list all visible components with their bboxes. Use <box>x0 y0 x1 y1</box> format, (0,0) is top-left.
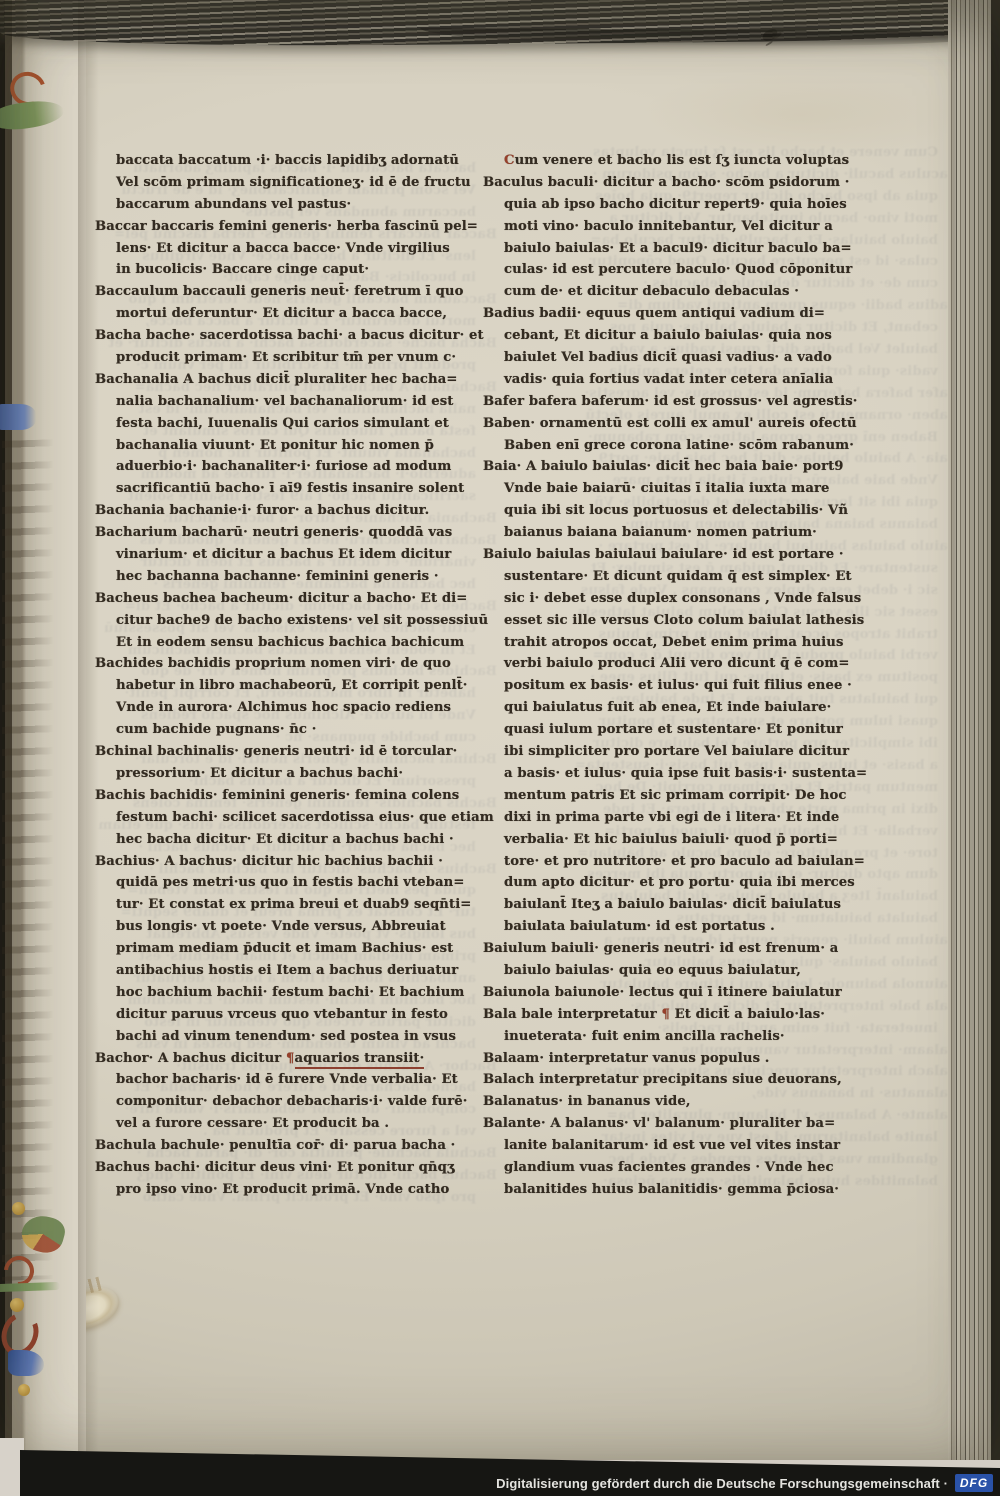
marginal-decoration-blue-swirl <box>8 1350 44 1376</box>
text-line: citur bache9 de bacho existens· vel sit … <box>95 610 491 632</box>
text-line: vadis· quia fortius vadat inter cetera a… <box>483 369 953 391</box>
text-line: Bachula bachule· penultīa cor̄· di· paru… <box>95 1135 491 1157</box>
text-line: producit primam· Et scribitur tm̄ per vn… <box>95 347 491 369</box>
text-line: Baiulo baiulas baiulaui baiulare· id est… <box>483 544 953 566</box>
text-line: baccarum abundans vel pastus· <box>95 194 491 216</box>
text-line: tore· et pro nutritore· et pro baculo ad… <box>483 851 953 873</box>
text-line: quia ibi sit locus portuosus et delectab… <box>483 500 953 522</box>
text-line: pro ipso vino· Et producit primā. Vnde c… <box>95 1179 491 1201</box>
text-line: verbi baiulo produci Alii vero dicunt q̄… <box>483 653 953 675</box>
text-line: sustentare· Et dicunt quidam q̄ est simp… <box>483 566 953 588</box>
text-line: Vnde baie baiarū· ciuitas ī italia iuxta… <box>483 478 953 500</box>
right-scan-border <box>991 0 1000 1460</box>
text-line: festum bachi· scilicet sacerdotissa eius… <box>95 807 491 829</box>
text-line: bachanalia viuunt· Et ponitur hic nomen … <box>95 435 491 457</box>
text-line: quidā pes metri·us quo in festis bachi v… <box>95 872 491 894</box>
marginal-decoration-blue-initial <box>0 404 36 430</box>
text-line: baiulant̄ Iteʒ a baiulo baiulas· dicit̄ … <box>483 894 953 916</box>
text-line: qui baiulatus fuit ab enea, Et inde baiu… <box>483 697 953 719</box>
text-line: Vnde in aurora· Alchimus hoc spacio redi… <box>95 697 491 719</box>
text-line: Bachus bachi· dicitur deus vini· Et poni… <box>95 1157 491 1179</box>
text-line: primam mediam p̄ducit et imam Bachius· e… <box>95 938 491 960</box>
text-line: Bafer bafera baferum· id est grossus· ve… <box>483 391 953 413</box>
text-line: baiulo baiulas· quia eo equus baiulatur, <box>483 960 953 982</box>
text-line: hec bachanna bachanne· feminini generis … <box>95 566 491 588</box>
text-column-right: Cum venere et bacho lis est ſʒ iuncta vo… <box>483 150 953 1201</box>
text-line: Balaam· interpretatur vanus populus . <box>483 1048 953 1070</box>
text-column-left: baccata baccatum ·i· baccis lapidibʒ ado… <box>95 150 491 1201</box>
text-line: mentum patris Et sic primam corripit· De… <box>483 785 953 807</box>
text-line: Baccar baccaris femini generis· herba fa… <box>95 216 491 238</box>
text-line: Bachania bachanie·i· furor· a bachus dic… <box>95 500 491 522</box>
text-line: baiulata baiulatum· id est portatus . <box>483 916 953 938</box>
text-line: trahit atropos occat, Debet enim prima h… <box>483 632 953 654</box>
text-line: Baben enī grece corona latine· scōm raba… <box>483 435 953 457</box>
text-line: Bachius· A bachus· dicitur hic bachius b… <box>95 851 491 873</box>
gutter-crease-shadow <box>78 0 104 1460</box>
digitized-manuscript-screenshot: { "document": { "kind": "incunabulum sca… <box>0 0 1000 1496</box>
digitization-credit: Digitalisierung gefördert durch die Deut… <box>496 1474 993 1492</box>
marginal-decoration-gold-dot-3 <box>18 1384 30 1396</box>
text-line: quasi iulum portare et sustentare· Et po… <box>483 719 953 741</box>
text-line: Baia· A baiulo baiulas· dicit̄ hec baia … <box>483 456 953 478</box>
text-line: baiulo baiulas· Et a bacul9· dicitur bac… <box>483 238 953 260</box>
text-line: Bachides bachidis proprium nomen viri· d… <box>95 653 491 675</box>
text-line: Balanatus· in bananus vide, <box>483 1091 953 1113</box>
text-line: bachi ad vinum tenendum· sed postea in v… <box>95 1026 491 1048</box>
text-line: baianus baiana baianum· nomen patrium· <box>483 522 953 544</box>
text-line: dum apto dicitur· et pro portu· quia ibi… <box>483 872 953 894</box>
text-line: Balach interpretatur precipitans siue de… <box>483 1069 953 1091</box>
text-line: cebant, Et dicitur a baiulo baiulas· qui… <box>483 325 953 347</box>
text-line: in bucolicis· Baccare cinge caput· <box>95 259 491 281</box>
text-line: hoc bachium bachii· festum bachi· Et bac… <box>95 982 491 1004</box>
text-line: cum de· et dicitur debaculo debaculas · <box>483 281 953 303</box>
text-line: esset sic ille versus Cloto colum baiula… <box>483 610 953 632</box>
top-page-edge-shadow <box>420 28 1000 48</box>
parchment-stain <box>640 70 960 160</box>
text-line: habetur in libro machabeorū, Et corripit… <box>95 675 491 697</box>
text-line: componitur· debachor debacharis·i· valde… <box>95 1091 491 1113</box>
text-line: sacrificantiū bacho· ī aī9 festis insani… <box>95 478 491 500</box>
text-line: glandium vuas facientes grandes · Vnde h… <box>483 1157 953 1179</box>
text-line: hec bacha dicitur· Et dicitur a bachus b… <box>95 829 491 851</box>
text-line: inueterata· fuit enim ancilla rachelis· <box>483 1026 953 1048</box>
text-line: Baccaulum baccauli generis neut̄· feretr… <box>95 281 491 303</box>
text-line: lens· Et dicitur a bacca bacce· Vnde vir… <box>95 238 491 260</box>
text-line: positum ex basis· et iulus· qui fuit fil… <box>483 675 953 697</box>
text-line: aduerbio·i· bachanaliter·i· furiose ad m… <box>95 456 491 478</box>
text-line: mortui deferuntur· Et dicitur a bacca ba… <box>95 303 491 325</box>
text-line: Bacheus bachea bacheum· dicitur a bacho·… <box>95 588 491 610</box>
text-line: vel a furore cessare· Et producit ba . <box>95 1113 491 1135</box>
text-line: bus longis· vt poete· Vnde versus, Abbre… <box>95 916 491 938</box>
text-line: Balante· A balanus· vl' balanum· plurali… <box>483 1113 953 1135</box>
text-line: nalia bachanalium· vel bachanaliorum· id… <box>95 391 491 413</box>
text-line: Baculus baculi· dicitur a bacho· scōm ps… <box>483 172 953 194</box>
text-line: sic i· debet esse duplex consonans , Vnd… <box>483 588 953 610</box>
marginal-decoration-gold-dot-1 <box>12 1202 25 1215</box>
credit-text: Digitalisierung gefördert durch die Deut… <box>496 1476 948 1491</box>
text-line: Bacha bache· sacerdotissa bachi· a bacus… <box>95 325 491 347</box>
text-line: vinarium· et dicitur a bachus Et idem di… <box>95 544 491 566</box>
text-line: quia ab ipso bacho dicitur repert9· quia… <box>483 194 953 216</box>
text-line: Baiulum baiuli· generis neutri· id est f… <box>483 938 953 960</box>
text-line: Baben· ornamentū est colli ex amul' aure… <box>483 413 953 435</box>
text-line: culas· id est percutere baculo· Quod cōp… <box>483 259 953 281</box>
text-line: Bchinal bachinalis· generis neutri· id ē… <box>95 741 491 763</box>
text-line: Bala bale interpretatur ¶ Et dicit̄ a ba… <box>483 1004 953 1026</box>
text-line: pressorium· Et dicitur a bachus bachi· <box>95 763 491 785</box>
text-line: Baiunola baiunole· lectus qui ī itinere … <box>483 982 953 1004</box>
text-line: Bachor· A bachus dicitur ¶aquarios trans… <box>95 1048 491 1070</box>
text-line: balanitides huius balanitidis· gemma p̄c… <box>483 1179 953 1201</box>
text-line: lanite balanitarum· id est vue vel vites… <box>483 1135 953 1157</box>
text-line: Bachis bachidis· feminini generis· femin… <box>95 785 491 807</box>
text-line: bachor bacharis· id ē furere Vnde verbal… <box>95 1069 491 1091</box>
text-line: Bachanalia A bachus dicit̄ pluraliter he… <box>95 369 491 391</box>
text-line: ibi simpliciter pro portare Vel baiulare… <box>483 741 953 763</box>
text-line: Bacharium bacharū· neutri generis· quodd… <box>95 522 491 544</box>
text-line: baccata baccatum ·i· baccis lapidibʒ ado… <box>95 150 491 172</box>
text-line: a basis· et iulus· quia ipse fuit basis·… <box>483 763 953 785</box>
text-line: dicitur paruus vrceus quo vtebantur in f… <box>95 1004 491 1026</box>
text-line: cum bachide pugnans· n̄c · <box>95 719 491 741</box>
text-line: moti vino· baculo innitebantur, Vel dici… <box>483 216 953 238</box>
text-line: baiulet Vel badius dicit̄ quasi vadius· … <box>483 347 953 369</box>
manuscript-page: baccata baccatum ·i· baccis lapidibʒ ado… <box>0 0 1000 1460</box>
text-line: verbalia· Et hic baiulus baiuli· quod p̄… <box>483 829 953 851</box>
text-line: dixi in prima parte vbi egi de i litera·… <box>483 807 953 829</box>
marginal-decoration-gold-dot-2 <box>10 1298 24 1312</box>
text-line: tur· Et constat ex prima breui et duab9 … <box>95 894 491 916</box>
text-line: Badius badii· equus quem antiqui vadium … <box>483 303 953 325</box>
text-line: Et in eodem sensu bachicus bachica bachi… <box>95 632 491 654</box>
previous-page-text-fragment <box>2 439 54 1281</box>
dfg-logo: DFG <box>955 1474 993 1492</box>
text-line: festa bachi, Iuuenalis Qui carios simula… <box>95 413 491 435</box>
text-line: Vel scōm primam significationeʒ· id ē de… <box>95 172 491 194</box>
text-line: antibachius hostis ei Item a bachus deri… <box>95 960 491 982</box>
